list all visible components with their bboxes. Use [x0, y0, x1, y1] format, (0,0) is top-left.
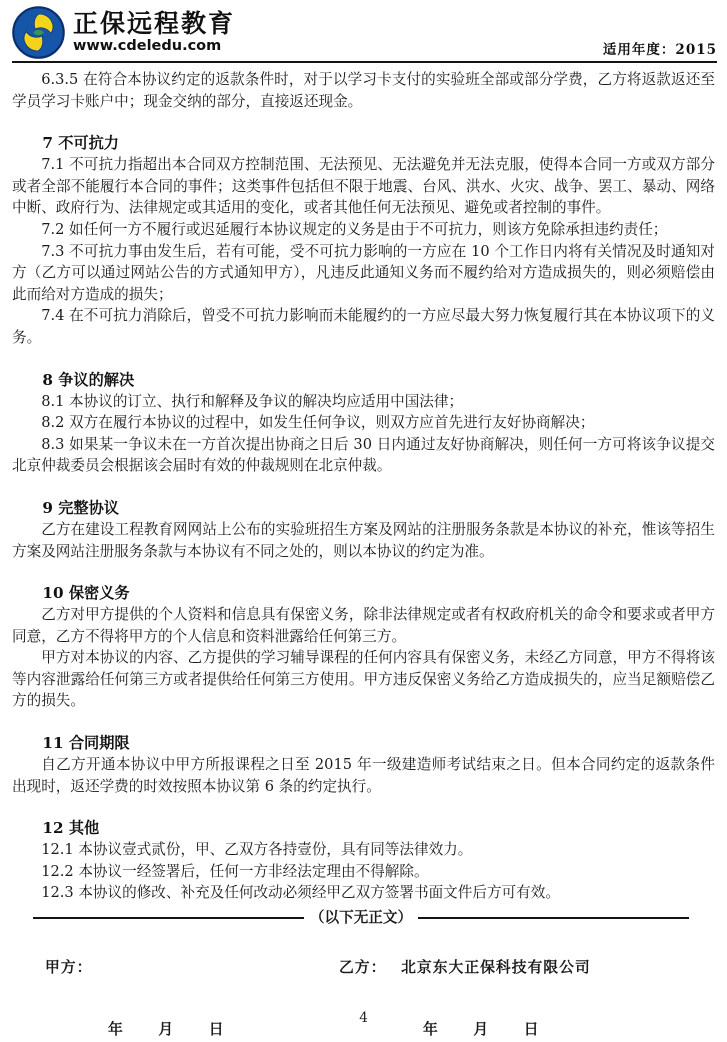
contract-paragraph: 7.2 如任何一方不履行或迟延履行本协议规定的义务是由于不可抗力，则该方免除承担… [12, 219, 715, 241]
party-a-label: 甲方： [45, 959, 92, 976]
page-header: 正保远程教育 www.cdeledu.com 适用年度：2015 [12, 0, 717, 63]
contract-paragraph: 7.1 不可抗力指超出本合同双方控制范围、无法预见、无法避免并无法克服，使得本合… [12, 154, 715, 219]
brand-logo-block: 正保远程教育 www.cdeledu.com [12, 6, 235, 59]
contract-paragraph: 7.3 不可抗力事由发生后，若有可能，受不可抗力影响的一方应在 10 个工作日内… [12, 241, 715, 306]
page-number: 4 [0, 1010, 727, 1026]
section-heading: 7 不可抗力 [12, 132, 715, 154]
divider-rule-left [33, 917, 304, 919]
party-b-label: 乙方： [339, 959, 386, 976]
contract-section: 10 保密义务乙方对甲方提供的个人资料和信息具有保密义务，除非法律规定或者有权政… [12, 582, 715, 712]
section-heading: 10 保密义务 [12, 582, 715, 604]
document-page: 正保远程教育 www.cdeledu.com 适用年度：2015 6.3.5 在… [0, 0, 727, 1042]
contract-paragraph: 8.1 本协议的订立、执行和解释及争议的解决均应适用中国法律； [12, 391, 715, 413]
contract-paragraph: 12.3 本协议的修改、补充及任何改动必须经甲乙双方签署书面文件后方可有效。 [12, 882, 715, 904]
contract-sections: 7 不可抗力7.1 不可抗力指超出本合同双方控制范围、无法预见、无法避免并无法克… [12, 132, 715, 904]
company-logo-icon [12, 6, 65, 59]
brand-name: 正保远程教育 [73, 11, 235, 37]
contract-section: 9 完整协议乙方在建设工程教育网网站上公布的实验班招生方案及网站的注册服务条款是… [12, 497, 715, 562]
contract-paragraph: 8.3 如果某一争议未在一方首次提出协商之日后 30 日内通过友好协商解决，则任… [12, 434, 715, 477]
signature-parties-row: 甲方： 乙方： 北京东大正保科技有限公司 [24, 957, 703, 979]
party-a-cell: 甲方： [24, 957, 339, 979]
applicable-year-label: 适用年度：2015 [603, 38, 717, 59]
contract-paragraph: 乙方在建设工程教育网网站上公布的实验班招生方案及网站的注册服务条款是本协议的补充… [12, 519, 715, 562]
contract-paragraph: 甲方对本协议的内容、乙方提供的学习辅导课程的任何内容具有保密义务，未经乙方同意，… [12, 647, 715, 712]
contract-paragraph: 12.1 本协议壹式贰份，甲、乙双方各持壹份，具有同等法律效力。 [12, 839, 715, 861]
party-b-company-name: 北京东大正保科技有限公司 [401, 959, 591, 976]
party-b-cell: 乙方： 北京东大正保科技有限公司 [339, 957, 703, 979]
section-heading: 8 争议的解决 [12, 369, 715, 391]
contract-paragraph: 8.2 双方在履行本协议的过程中，如发生任何争议，则双方应首先进行友好协商解决； [12, 412, 715, 434]
contract-body: 6.3.5 在符合本协议约定的返款条件时，对于以学习卡支付的实验班全部或部分学费… [0, 63, 727, 1041]
brand-text: 正保远程教育 www.cdeledu.com [73, 11, 235, 54]
contract-section: 7 不可抗力7.1 不可抗力指超出本合同双方控制范围、无法预见、无法避免并无法克… [12, 132, 715, 348]
contract-intro-paragraph: 6.3.5 在符合本协议约定的返款条件时，对于以学习卡支付的实验班全部或部分学费… [12, 69, 715, 112]
section-heading: 9 完整协议 [12, 497, 715, 519]
divider-rule-right [418, 917, 689, 919]
contract-paragraph: 乙方对甲方提供的个人资料和信息具有保密义务，除非法律规定或者有权政府机关的命令和… [12, 604, 715, 647]
signature-block: 甲方： 乙方： 北京东大正保科技有限公司 年 月 日 年 月 日 [24, 957, 703, 1041]
section-heading: 11 合同期限 [12, 732, 715, 754]
end-of-text-divider: （以下无正文） [33, 907, 689, 929]
contract-paragraph: 7.4 在不可抗力消除后，曾受不可抗力影响而未能履约的一方应尽最大努力恢复履行其… [12, 305, 715, 348]
contract-section: 11 合同期限自乙方开通本协议中甲方所报课程之日至 2015 年一级建造师考试结… [12, 732, 715, 797]
contract-paragraph: 自乙方开通本协议中甲方所报课程之日至 2015 年一级建造师考试结束之日。但本合… [12, 754, 715, 797]
contract-paragraph: 12.2 本协议一经签署后，任何一方非经法定理由不得解除。 [12, 861, 715, 883]
end-of-text-label: （以下无正文） [304, 907, 418, 929]
contract-section: 8 争议的解决8.1 本协议的订立、执行和解释及争议的解决均应适用中国法律；8.… [12, 369, 715, 477]
section-heading: 12 其他 [12, 817, 715, 839]
contract-section: 12 其他12.1 本协议壹式贰份，甲、乙双方各持壹份，具有同等法律效力。12.… [12, 817, 715, 904]
brand-url: www.cdeledu.com [73, 39, 235, 54]
